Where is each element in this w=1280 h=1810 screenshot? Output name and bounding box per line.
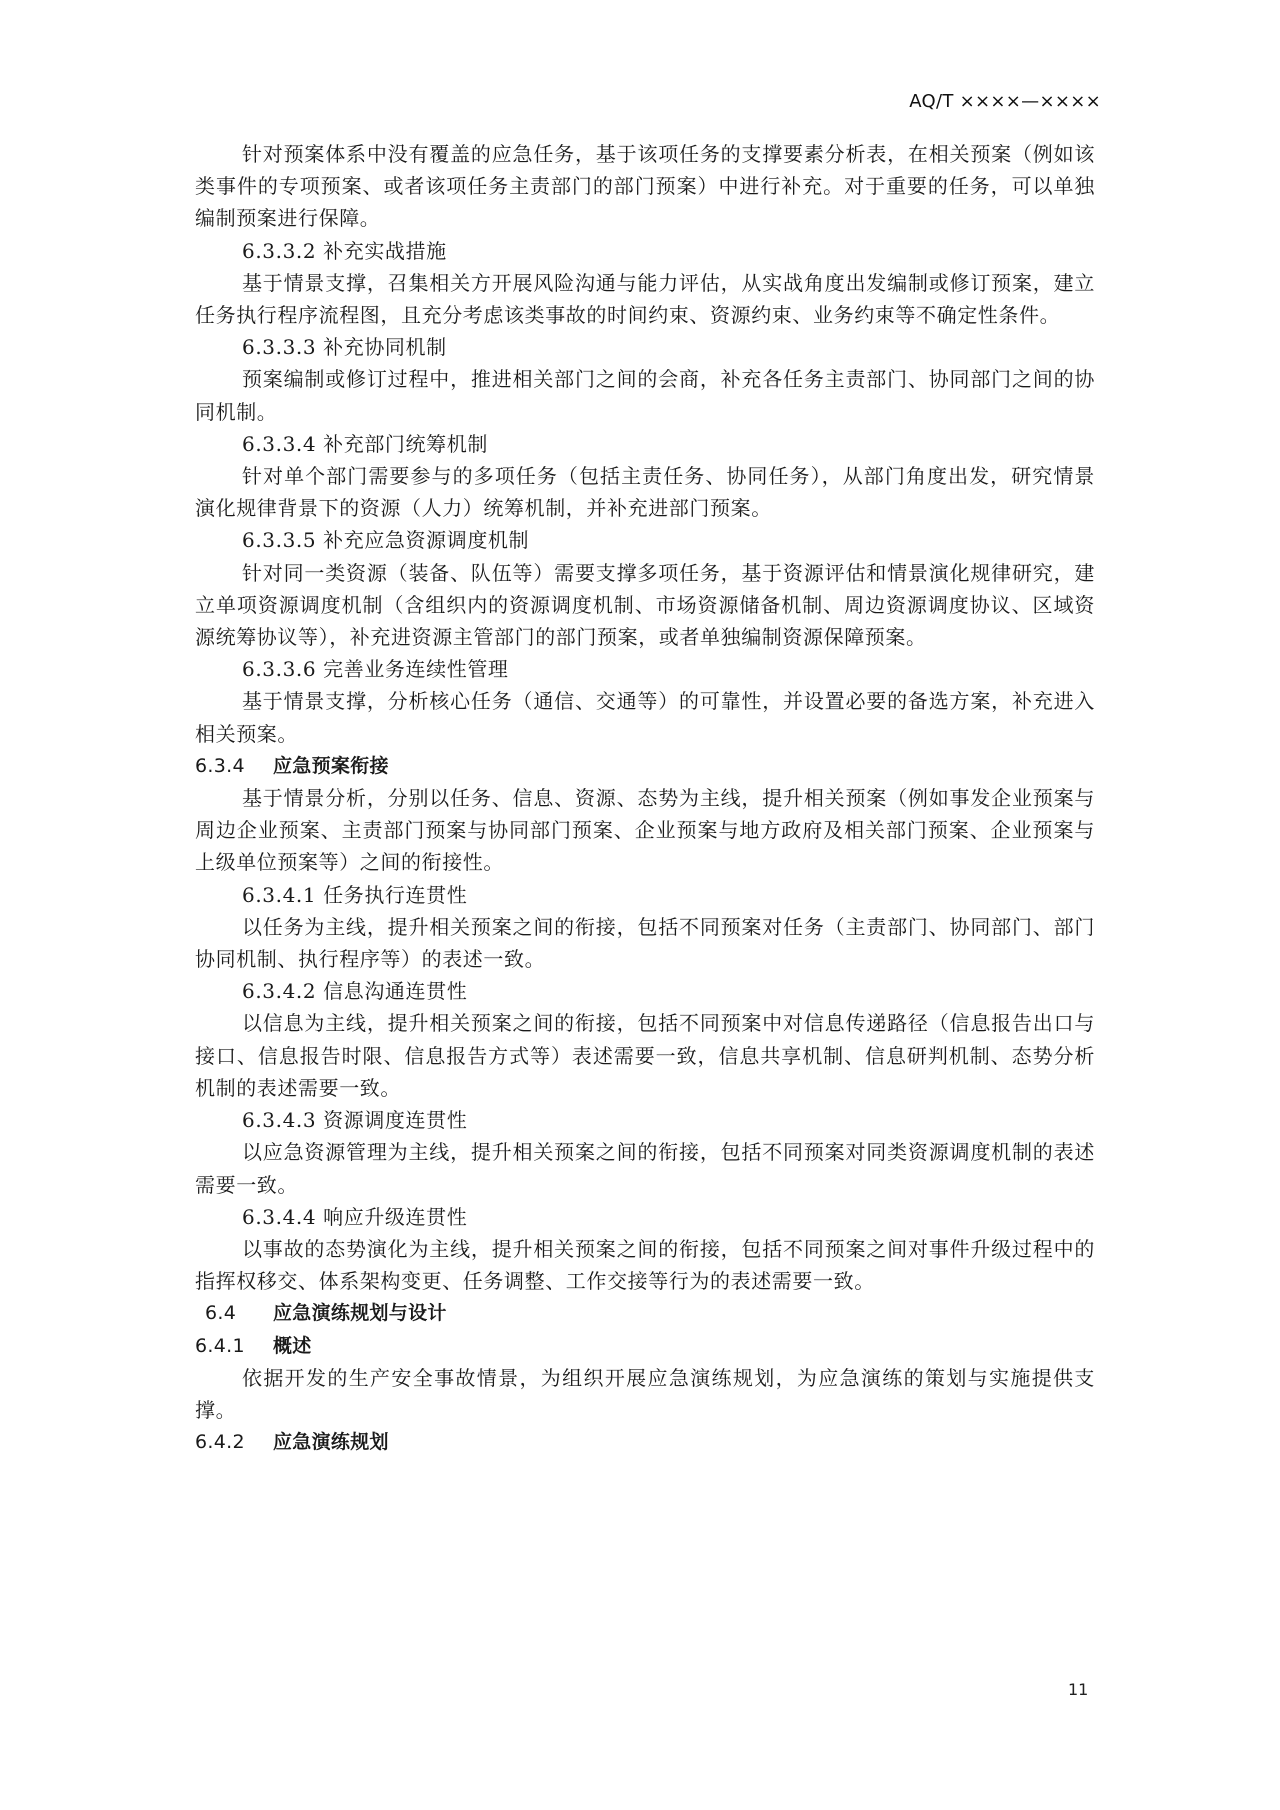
clause-heading-6-3-3-5: 6.3.3.5 补充应急资源调度机制 <box>195 524 1095 556</box>
section-heading-6-4-2: 6.4.2应急演练规划 <box>195 1426 1095 1458</box>
clause-heading-6-3-4-2: 6.3.4.2 信息沟通连贯性 <box>195 975 1095 1007</box>
section-number: 6.4 <box>205 1297 273 1329</box>
section-title: 应急预案衔接 <box>273 755 389 777</box>
clause-heading-6-3-3-2: 6.3.3.2 补充实战措施 <box>195 235 1095 267</box>
paragraph: 以应急资源管理为主线，提升相关预案之间的衔接，包括不同预案对同类资源调度机制的表… <box>195 1136 1095 1200</box>
paragraph: 针对同一类资源（装备、队伍等）需要支撑多项任务，基于资源评估和情景演化规律研究，… <box>195 557 1095 654</box>
paragraph: 针对预案体系中没有覆盖的应急任务，基于该项任务的支撑要素分析表，在相关预案（例如… <box>195 138 1095 235</box>
paragraph: 针对单个部门需要参与的多项任务（包括主责任务、协同任务），从部门角度出发，研究情… <box>195 460 1095 524</box>
document-body: 针对预案体系中没有覆盖的应急任务，基于该项任务的支撑要素分析表，在相关预案（例如… <box>195 138 1095 1458</box>
section-number: 6.3.4 <box>195 750 273 782</box>
clause-heading-6-3-4-3: 6.3.4.3 资源调度连贯性 <box>195 1104 1095 1136</box>
document-page: AQ/T ××××—×××× 针对预案体系中没有覆盖的应急任务，基于该项任务的支… <box>0 0 1280 1810</box>
section-number: 6.4.1 <box>195 1330 273 1362</box>
paragraph: 基于情景分析，分别以任务、信息、资源、态势为主线，提升相关预案（例如事发企业预案… <box>195 782 1095 879</box>
section-heading-6-4-1: 6.4.1概述 <box>195 1330 1095 1362</box>
section-title: 应急演练规划与设计 <box>273 1302 447 1324</box>
section-heading-6-3-4: 6.3.4应急预案衔接 <box>195 750 1095 782</box>
section-heading-6-4: 6.4应急演练规划与设计 <box>195 1297 1095 1329</box>
standard-code-header: AQ/T ××××—×××× <box>909 91 1101 112</box>
clause-heading-6-3-4-4: 6.3.4.4 响应升级连贯性 <box>195 1201 1095 1233</box>
clause-heading-6-3-3-6: 6.3.3.6 完善业务连续性管理 <box>195 653 1095 685</box>
clause-heading-6-3-3-4: 6.3.3.4 补充部门统筹机制 <box>195 428 1095 460</box>
page-number: 11 <box>1068 1680 1088 1699</box>
paragraph: 依据开发的生产安全事故情景，为组织开展应急演练规划，为应急演练的策划与实施提供支… <box>195 1362 1095 1426</box>
paragraph: 基于情景支撑，分析核心任务（通信、交通等）的可靠性，并设置必要的备选方案，补充进… <box>195 685 1095 749</box>
paragraph: 以任务为主线，提升相关预案之间的衔接，包括不同预案对任务（主责部门、协同部门、部… <box>195 911 1095 975</box>
paragraph: 基于情景支撑，召集相关方开展风险沟通与能力评估，从实战角度出发编制或修订预案，建… <box>195 267 1095 331</box>
paragraph: 预案编制或修订过程中，推进相关部门之间的会商，补充各任务主责部门、协同部门之间的… <box>195 363 1095 427</box>
section-title: 概述 <box>273 1335 312 1357</box>
clause-heading-6-3-3-3: 6.3.3.3 补充协同机制 <box>195 331 1095 363</box>
section-number: 6.4.2 <box>195 1426 273 1458</box>
clause-heading-6-3-4-1: 6.3.4.1 任务执行连贯性 <box>195 879 1095 911</box>
section-title: 应急演练规划 <box>273 1431 389 1453</box>
paragraph: 以信息为主线，提升相关预案之间的衔接，包括不同预案中对信息传递路径（信息报告出口… <box>195 1007 1095 1104</box>
paragraph: 以事故的态势演化为主线，提升相关预案之间的衔接，包括不同预案之间对事件升级过程中… <box>195 1233 1095 1297</box>
